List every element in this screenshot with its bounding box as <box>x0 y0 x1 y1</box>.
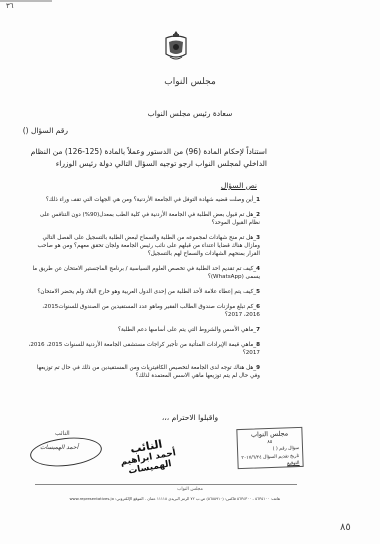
question-text: _هل تم قبول بعض الطلبة في الجامعة الأردن… <box>40 212 260 226</box>
question-number: 7 <box>256 327 260 333</box>
footer-logo: مجلس النواب <box>0 487 380 492</box>
question-number: 5 <box>256 289 260 295</box>
question-text: _هل تم منح شهادات لمجموعه من الطلبة والس… <box>38 235 260 257</box>
contact-info: هاتف: ٥٦٣٥١٠٠ - ٥٦٣٤٣٠٠ فاكس: (٥٦٨٥٩١٠) … <box>115 496 280 501</box>
website-link[interactable]: www.representatives.jo <box>69 496 113 501</box>
question-item: 1_أين وصلت قضيه شهادة التوفل في الجامعة … <box>28 196 260 204</box>
question-text: _أين وصلت قضيه شهادة التوفل في الجامعة ا… <box>46 197 256 203</box>
question-text: _ماهي قيمة الإيرادات المتأتية من تأجير ك… <box>29 342 261 356</box>
footer-contact: هاتف: ٥٦٣٥١٠٠ - ٥٦٣٤٣٠٠ فاكس: (٥٦٨٥٩١٠) … <box>40 496 280 501</box>
document-page: ٣٦ مجلس النواب سعادة رئيس مجلس النواب رق… <box>0 0 380 544</box>
question-number: 2 <box>256 212 260 218</box>
question-number: 1 <box>256 197 260 203</box>
section-title: نص السؤال <box>221 181 257 190</box>
question-item: 6_كم تبلغ موازنات صندوق الطالب الفقير وم… <box>28 303 260 319</box>
institution-name: مجلس النواب <box>0 77 380 87</box>
questions-list: 1_أين وصلت قضيه شهادة التوفل في الجامعة … <box>28 196 260 387</box>
question-text: _كيف تم تقديم احد الطلبة في تخصص العلوم … <box>32 266 260 280</box>
question-number: 9 <box>256 365 260 371</box>
coat-of-arms-icon <box>163 30 189 62</box>
intro-paragraph: استناداً لإحكام المادة (96) من الدستور و… <box>22 146 267 170</box>
closing-line: واقبلوا الاحترام ،،، <box>0 413 380 422</box>
question-number: 3 <box>256 235 260 241</box>
signature-scribble <box>29 434 104 469</box>
corner-mark: ٣٦ <box>6 2 14 10</box>
question-item: 8_ماهي قيمة الإيرادات المتأتية من تأجير … <box>28 341 260 357</box>
question-text: _كم تبلغ موازنات صندوق الطالب الفقير وما… <box>42 304 260 318</box>
footer-divider <box>35 484 297 485</box>
question-number: 4 <box>256 266 260 272</box>
page-number: ٨٥ <box>340 522 351 533</box>
question-text: _ماهي الأسس والشروط التي يتم على أساسها … <box>118 327 256 333</box>
question-item: 7_ماهي الأسس والشروط التي يتم على أساسها… <box>28 326 260 334</box>
question-text: _هل هناك توجه لدى الجامعة لتخصيص الكافيت… <box>37 365 260 379</box>
question-item: 4_كيف تم تقديم احد الطلبة في تخصص العلوم… <box>28 265 260 281</box>
salutation: سعادة رئيس مجلس النواب <box>0 109 380 118</box>
question-number: 8 <box>256 342 260 348</box>
signature-label: النائب <box>55 430 70 437</box>
receipt-stamp: مجلس النواب ٨٥ سؤال رقم ( ) تاريخ تقديم … <box>236 427 303 469</box>
question-item: 3_هل تم منح شهادات لمجموعه من الطلبة وال… <box>28 234 260 258</box>
mp-name-stamp: النائب أحمد ابراهيم الهميسات <box>106 433 191 479</box>
question-number-label: رقم السؤال () <box>23 126 68 135</box>
question-item: 9_هل هناك توجه لدى الجامعة لتخصيص الكافي… <box>28 364 260 380</box>
question-text: _كيف يتم إعطاء علامة لأحد الطلبة من إحدى… <box>37 289 256 295</box>
handwritten-signature: أحمد الهميسات <box>40 444 78 451</box>
question-number: 6 <box>256 304 260 310</box>
question-item: 2_هل تم قبول بعض الطلبة في الجامعة الأرد… <box>28 211 260 227</box>
question-item: 5_كيف يتم إعطاء علامة لأحد الطلبة من إحد… <box>28 288 260 296</box>
